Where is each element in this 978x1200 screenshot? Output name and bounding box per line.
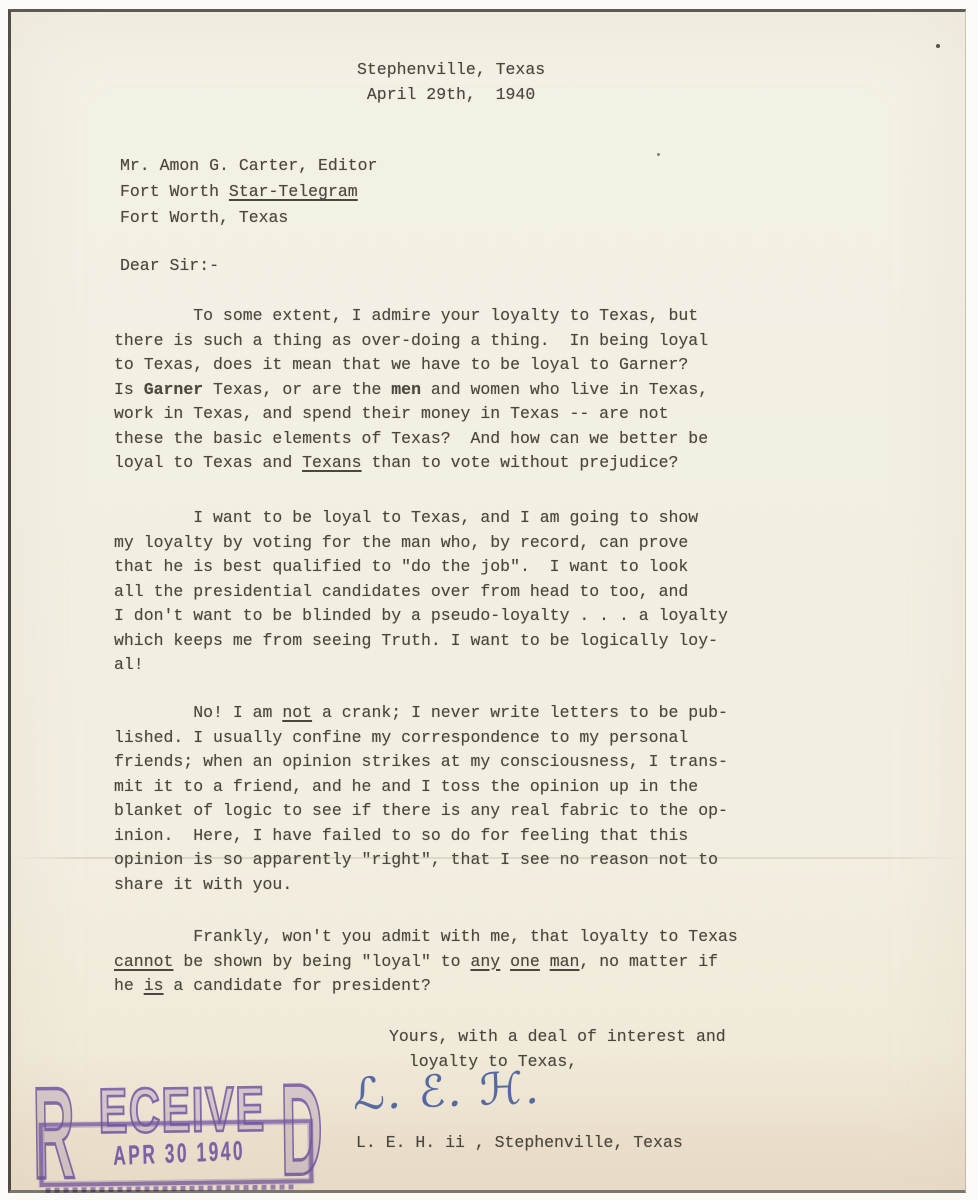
ink-speck xyxy=(936,44,940,48)
letter-line: April 29th, 1940 xyxy=(357,83,545,108)
text-segment: al! xyxy=(114,655,144,674)
text-segment: and women who live in Texas, xyxy=(421,380,708,399)
text-segment: loyal to Texas and xyxy=(114,453,302,472)
text-segment: that he is best qualified to "do the job… xyxy=(114,557,688,576)
letter-line: opinion is so apparently "right", that I… xyxy=(114,848,728,873)
text-segment: Frankly, won't you admit with me, that l… xyxy=(114,927,738,946)
text-segment: lished. I usually confine my corresponde… xyxy=(114,728,688,747)
text-segment: I want to be loyal to Texas, and I am go… xyxy=(114,508,698,527)
text-segment: than to vote without prejudice? xyxy=(362,453,679,472)
handwritten-signature: ℒ. ℰ. ℋ. xyxy=(352,1063,541,1121)
text-segment: any xyxy=(470,952,500,971)
stamp-word: R ECEIVE D xyxy=(28,1085,328,1089)
letter-line: mit it to a friend, and he and I toss th… xyxy=(114,775,728,800)
letter-line: Mr. Amon G. Carter, Editor xyxy=(120,153,377,179)
letter-line: share it with you. xyxy=(114,873,728,898)
stamp-letter-last: D xyxy=(280,1065,324,1195)
text-segment: Texas, or are the xyxy=(203,380,391,399)
letter-line: friends; when an opinion strikes at my c… xyxy=(114,750,728,775)
letter-line: he is a candidate for president? xyxy=(114,974,738,999)
letter-line: these the basic elements of Texas? And h… xyxy=(114,427,708,452)
letter-line: al! xyxy=(114,653,728,678)
letter-line: I don't want to be blinded by a pseudo-l… xyxy=(114,604,728,629)
paragraph-3: No! I am not a crank; I never write lett… xyxy=(114,701,728,897)
text-segment: opinion is so apparently "right", that I… xyxy=(114,850,718,869)
text-segment: my loyalty by voting for the man who, by… xyxy=(114,533,688,552)
letter-line: lished. I usually confine my corresponde… xyxy=(114,726,728,751)
paragraph-4: Frankly, won't you admit with me, that l… xyxy=(114,925,738,999)
letter-line: to Texas, does it mean that we have to b… xyxy=(114,353,708,378)
text-segment: Fort Worth, Texas xyxy=(120,208,288,227)
text-segment: a crank; I never write letters to be pub… xyxy=(312,703,728,722)
letter-line: blanket of logic to see if there is any … xyxy=(114,799,728,824)
letter-line: I want to be loyal to Texas, and I am go… xyxy=(114,506,728,531)
text-segment: share it with you. xyxy=(114,875,292,894)
stamp-date: APR 30 1940 xyxy=(113,1137,246,1169)
text-segment: Texans xyxy=(302,453,361,472)
text-segment xyxy=(540,952,550,971)
paragraph-2: I want to be loyal to Texas, and I am go… xyxy=(114,506,728,678)
letter-line: there is such a thing as over-doing a th… xyxy=(114,329,708,354)
text-segment: To some extent, I admire your loyalty to… xyxy=(114,306,698,325)
text-segment: be shown by being "loyal" to xyxy=(173,952,470,971)
text-segment xyxy=(500,952,510,971)
text-segment: man xyxy=(550,952,580,971)
text-segment: Yours, with a deal of interest and xyxy=(389,1027,726,1046)
text-segment: all the presidential candidates over fro… xyxy=(114,582,688,601)
text-segment: cannot xyxy=(114,952,173,971)
scanned-letter: Stephenville, Texas April 29th, 1940 Mr.… xyxy=(0,0,978,1200)
text-segment: mit it to a friend, and he and I toss th… xyxy=(114,777,698,796)
letter-line: Frankly, won't you admit with me, that l… xyxy=(114,925,738,950)
letter-line: my loyalty by voting for the man who, by… xyxy=(114,531,728,556)
text-segment: April 29th, 1940 xyxy=(357,85,535,104)
letter-line: Fort Worth, Texas xyxy=(120,205,377,231)
text-segment: Star-Telegram xyxy=(229,182,358,201)
text-segment: which keeps me from seeing Truth. I want… xyxy=(114,631,718,650)
received-stamp: R ECEIVE D APR 30 1940 xyxy=(28,1085,330,1200)
text-segment: there is such a thing as over-doing a th… xyxy=(114,331,708,350)
text-segment: these the basic elements of Texas? And h… xyxy=(114,429,708,448)
text-segment: a candidate for president? xyxy=(164,976,431,995)
text-segment: I don't want to be blinded by a pseudo-l… xyxy=(114,606,728,625)
text-segment: one xyxy=(510,952,540,971)
text-segment: men xyxy=(391,380,421,399)
letter-line: cannot be shown by being "loyal" to any … xyxy=(114,950,738,975)
letter-line: To some extent, I admire your loyalty to… xyxy=(114,304,708,329)
text-segment: , no matter if xyxy=(579,952,718,971)
text-segment: friends; when an opinion strikes at my c… xyxy=(114,752,728,771)
typed-signature: L. E. H. ii , Stephenville, Texas xyxy=(356,1131,683,1156)
text-segment: inion. Here, I have failed to so do for … xyxy=(114,826,688,845)
text-segment: blanket of logic to see if there is any … xyxy=(114,801,728,820)
letter-line: No! I am not a crank; I never write lett… xyxy=(114,701,728,726)
stamp-letters-mid: ECEIVE xyxy=(98,1078,266,1143)
text-segment: work in Texas, and spend their money in … xyxy=(114,404,669,423)
text-segment: No! I am xyxy=(114,703,282,722)
letter-line: Yours, with a deal of interest and xyxy=(389,1025,726,1050)
letter-line: inion. Here, I have failed to so do for … xyxy=(114,824,728,849)
letter-line: which keeps me from seeing Truth. I want… xyxy=(114,629,728,654)
text-segment: Is xyxy=(114,380,144,399)
letter-paper: Stephenville, Texas April 29th, 1940 Mr.… xyxy=(8,9,966,1193)
letter-line: that he is best qualified to "do the job… xyxy=(114,555,728,580)
letter-line: Is Garner Texas, or are the men and wome… xyxy=(114,378,708,403)
letter-line: all the presidential candidates over fro… xyxy=(114,580,728,605)
letter-line: work in Texas, and spend their money in … xyxy=(114,402,708,427)
paragraph-1: To some extent, I admire your loyalty to… xyxy=(114,304,708,476)
ink-speck xyxy=(657,153,660,156)
letter-line: Fort Worth Star-Telegram xyxy=(120,179,377,205)
text-segment: Mr. Amon G. Carter, Editor xyxy=(120,156,377,175)
letter-line: Stephenville, Texas xyxy=(357,58,545,83)
text-segment: he xyxy=(114,976,144,995)
text-segment: Stephenville, Texas xyxy=(357,60,545,79)
letter-line: loyal to Texas and Texans than to vote w… xyxy=(114,451,708,476)
recipient-address: Mr. Amon G. Carter, EditorFort Worth Sta… xyxy=(120,153,377,231)
text-segment: is xyxy=(144,976,164,995)
stamp-letter-first: R xyxy=(32,1068,76,1198)
text-segment: Fort Worth xyxy=(120,182,229,201)
dateline: Stephenville, Texas April 29th, 1940 xyxy=(357,58,545,107)
salutation: Dear Sir:- xyxy=(120,254,219,279)
text-segment: not xyxy=(282,703,312,722)
text-segment: Garner xyxy=(144,380,203,399)
text-segment: to Texas, does it mean that we have to b… xyxy=(114,355,688,374)
